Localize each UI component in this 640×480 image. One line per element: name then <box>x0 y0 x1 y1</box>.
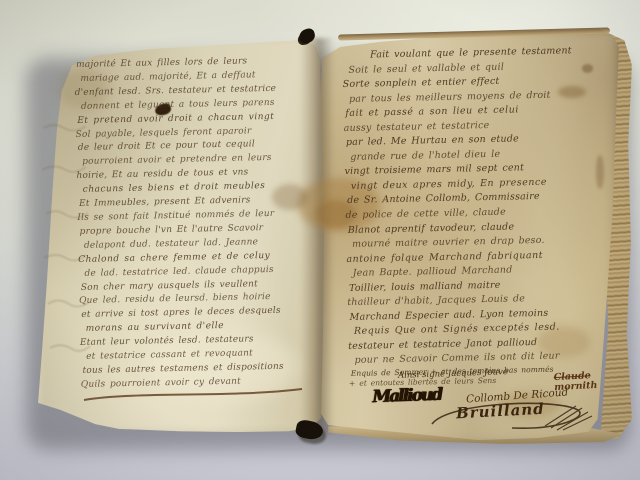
signature-mallioud: Mallioud <box>372 385 441 407</box>
left-page-text: majorité Et aux filles lors de leursmari… <box>76 54 323 393</box>
right-page-text: Fait voulant que le presente testamentSo… <box>344 44 611 390</box>
photo-background: majorité Et aux filles lors de leursmari… <box>0 0 640 480</box>
